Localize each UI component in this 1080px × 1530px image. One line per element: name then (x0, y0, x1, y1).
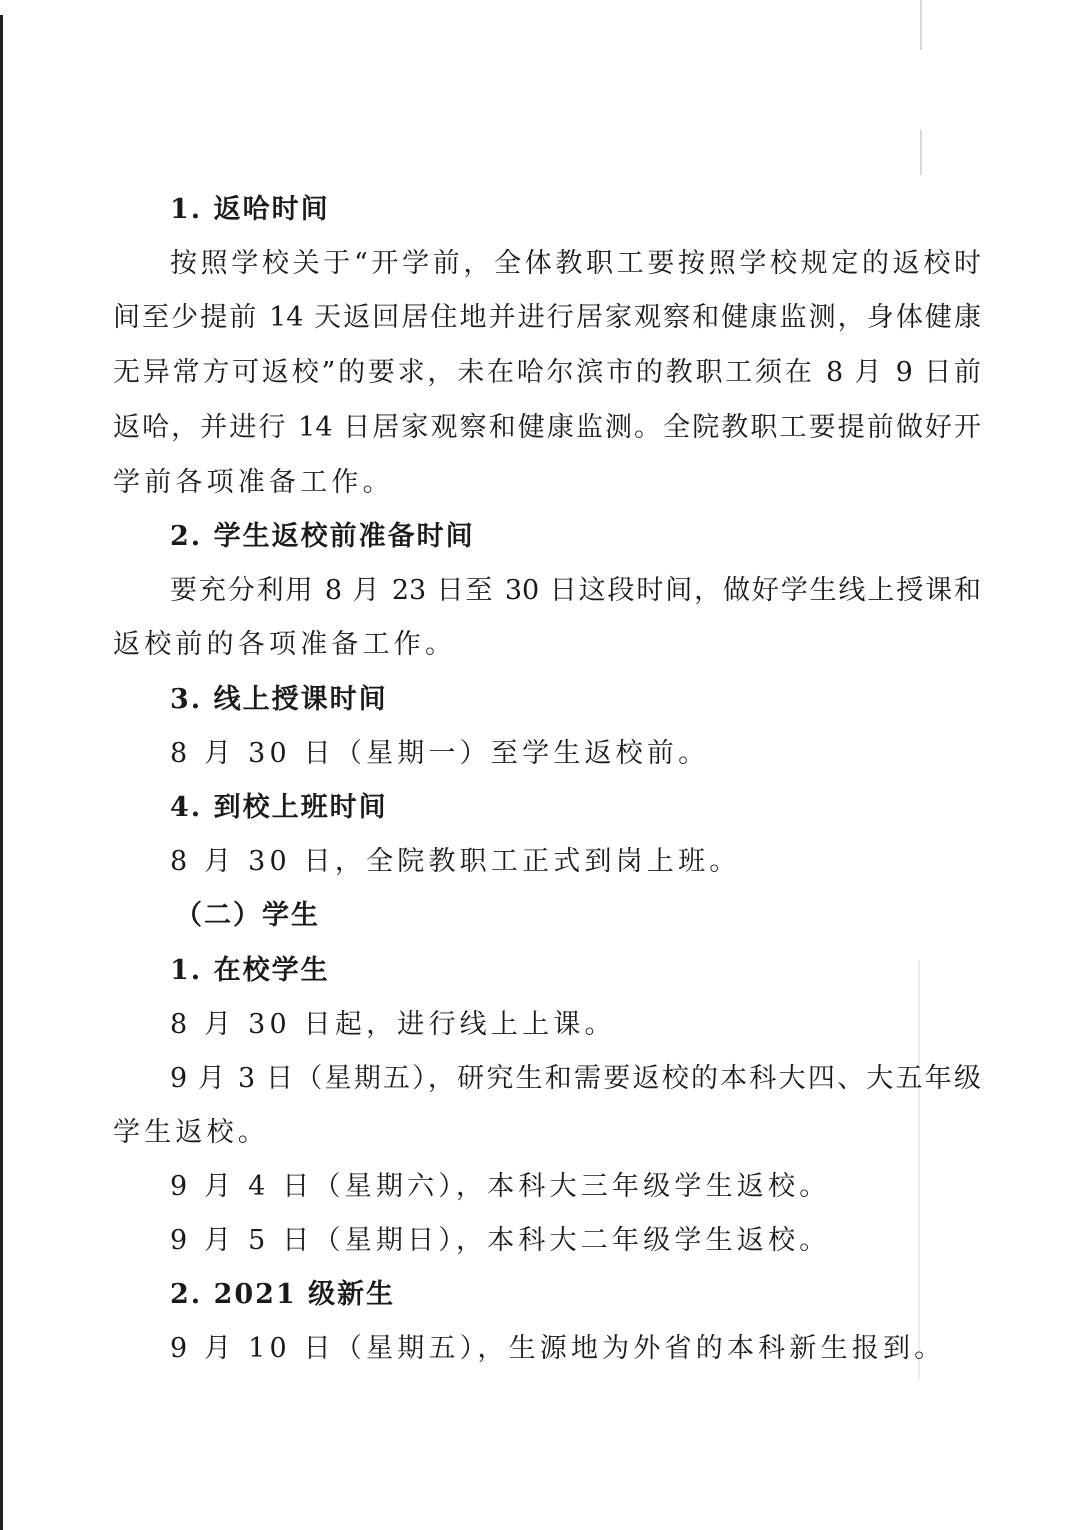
paragraph-line: 9 月 3 日（星期五），研究生和需要返校的本科大四、大五年级 (170, 1061, 981, 1097)
scan-artifact (920, 0, 922, 50)
paragraph-line: 返哈，并进行 14 日居家观察和健康监测。全院教职工要提前做好开 (113, 410, 981, 446)
section-heading-current-students: 1. 在校学生 (170, 953, 981, 989)
scan-left-edge (0, 15, 3, 1530)
paragraph-line: 返校前的各项准备工作。 (113, 627, 981, 663)
paragraph-line: 无异常方可返校”的要求，未在哈尔滨市的教职工须在 8 月 9 日前 (113, 355, 981, 391)
paragraph-line: 学生返校。 (113, 1115, 981, 1151)
section-heading-students: （二）学生 (175, 898, 986, 934)
paragraph-line: 9 月 5 日（星期日），本科大二年级学生返校。 (170, 1223, 981, 1259)
paragraph-line: 9 月 10 日（星期五），生源地为外省的本科新生报到。 (170, 1331, 981, 1367)
scan-artifact (920, 130, 922, 175)
paragraph-line: 按照学校关于“开学前，全体教职工要按照学校规定的返校时 (170, 246, 981, 282)
paragraph-line: 8 月 30 日，全院教职工正式到岗上班。 (170, 844, 981, 880)
section-heading-online-class: 3. 线上授课时间 (170, 682, 981, 718)
paragraph-line: 间至少提前 14 天返回居住地并进行居家观察和健康监测，身体健康 (113, 300, 981, 336)
section-heading-return-time: 1. 返哈时间 (170, 192, 981, 228)
paragraph-line: 9 月 4 日（星期六），本科大三年级学生返校。 (170, 1169, 981, 1205)
section-heading-freshmen: 2. 2021 级新生 (170, 1277, 981, 1313)
paragraph-line: 8 月 30 日（星期一）至学生返校前。 (170, 736, 981, 772)
paragraph-line: 要充分利用 8 月 23 日至 30 日这段时间，做好学生线上授课和 (170, 573, 981, 609)
paragraph-line: 学前各项准备工作。 (113, 465, 981, 501)
section-heading-work-time: 4. 到校上班时间 (170, 790, 981, 826)
paragraph-line: 8 月 30 日起，进行线上上课。 (170, 1007, 981, 1043)
section-heading-prep-time: 2. 学生返校前准备时间 (170, 519, 981, 555)
